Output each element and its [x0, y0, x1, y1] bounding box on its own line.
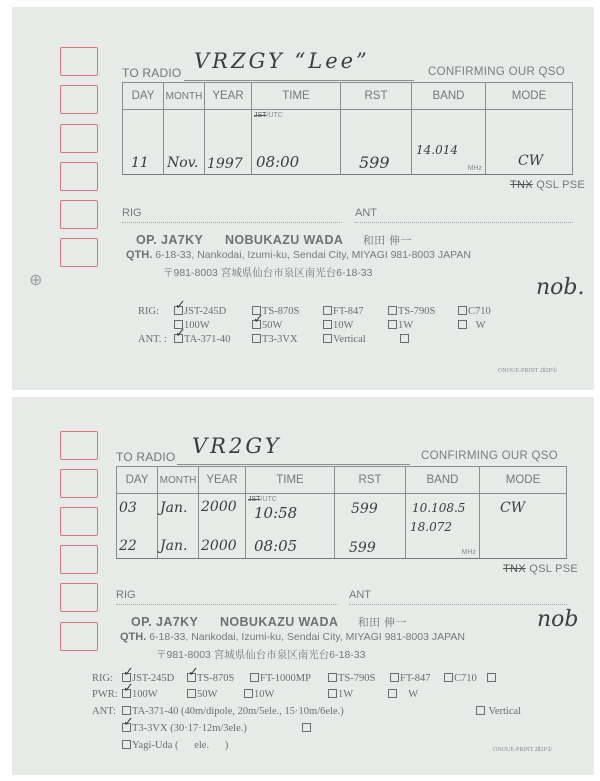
tnx-label: TNX [503, 563, 526, 575]
stamp-box [60, 200, 98, 229]
operator-line: OP. JA7KY NOBUKAZU WADA 和田 伸一 [131, 614, 407, 630]
to-radio-label: TO RADIO [116, 450, 175, 464]
ant-field-line [355, 222, 573, 223]
col-day: DAY [117, 467, 158, 494]
power-option: 1W [388, 320, 413, 331]
op-prefix: OP. [131, 615, 152, 629]
rig-checklist-label: RIG: [138, 306, 159, 317]
qsl-request: TNX QSL PSE [503, 563, 578, 575]
printer-mark: ONOUE-PRINT 2Ⅱ2P① [493, 746, 552, 753]
checkbox [122, 706, 131, 715]
checkbox [250, 673, 259, 682]
stamp-box [60, 583, 98, 612]
confirming-label: CONFIRMING OUR QSO [421, 450, 558, 462]
checkbox [388, 306, 397, 315]
mhz-unit: MHz [468, 165, 482, 172]
qth-address-jp: 〒981-8003 宮城県仙台市泉区南光台6-18-33 [156, 647, 365, 662]
year-value: 1997 [207, 156, 243, 172]
ant-option [400, 334, 410, 345]
power-option: 50W [187, 689, 217, 700]
time-zone-note: JST/UTC [254, 112, 283, 119]
rig-option: C710 [444, 673, 477, 684]
col-time: TIME [252, 83, 341, 110]
table-row: 11 Nov. 1997 JST/UTC 08:00 599 14.014 MH… [123, 110, 573, 174]
rst-value: 599 [359, 153, 390, 172]
printer-mark: ONOUE-PRINT 2Ⅱ2P① [498, 367, 557, 374]
qth-address-jp: 〒981-8003 宮城県仙台市泉区南光台6-18-33 [163, 265, 372, 280]
checkbox [458, 306, 467, 315]
to-radio-callsign: VRZGY “Lee” [194, 49, 370, 73]
checkbox-checked [174, 306, 183, 315]
qth-address: 6-18-33, Nankodai, Izumi-ku, Sendai City… [155, 249, 471, 261]
mode-value: CW [518, 153, 543, 169]
confirming-label: CONFIRMING OUR QSO [428, 66, 565, 78]
ant-field-label: ANT [355, 207, 377, 219]
time-zone-note: JST/UTC [248, 496, 277, 503]
col-time: TIME [246, 467, 335, 494]
checkbox-checked [122, 689, 131, 698]
ant-field-label: ANT [349, 589, 371, 601]
ant-option: Yagi-Uda ( ele. ) [122, 740, 228, 751]
checkbox-checked [187, 673, 196, 682]
stamp-box [60, 545, 98, 574]
time-value: 10:58 [254, 504, 297, 522]
month-value: Jan. [160, 538, 187, 554]
band-value: 18.072 [410, 520, 452, 534]
rig-field-line [116, 604, 338, 605]
ant-option: T3-3VX (30·17·12m/3ele.) [122, 723, 247, 734]
rig-checklist-label: RIG: [92, 673, 113, 684]
month-value: Jan. [160, 500, 187, 516]
ant-option [302, 723, 312, 734]
stamp-box [60, 124, 98, 153]
signature: nob. [536, 275, 585, 300]
time-value: 08:00 [256, 153, 299, 171]
time-value: 08:05 [254, 537, 297, 555]
rig-option: FT-847 [390, 673, 431, 684]
ant-option: Vertical [323, 334, 366, 345]
stamp-box [60, 162, 98, 191]
mhz-unit: MHz [462, 549, 476, 556]
qth-label: QTH. [120, 631, 146, 643]
qth-line: QTH. 6-18-33, Nankodai, Izumi-ku, Sendai… [126, 249, 471, 261]
tnx-label: TNX [510, 179, 533, 191]
stamp-box [60, 469, 98, 498]
checkbox [400, 334, 409, 343]
qth-label: QTH. [126, 249, 152, 261]
rig-option: FT-1000MP [250, 673, 311, 684]
checkbox [388, 689, 397, 698]
checkbox [323, 320, 332, 329]
col-month: MONTH [158, 467, 199, 494]
power-option: W [458, 320, 486, 331]
checkbox [328, 689, 337, 698]
checkbox [458, 320, 467, 329]
ant-field-line [349, 604, 567, 605]
checkbox [122, 740, 131, 749]
ant-option: T3-3VX [252, 334, 298, 345]
op-name: NOBUKAZU WADA [225, 233, 343, 247]
ant-checklist-label: ANT: [92, 706, 116, 717]
checkbox [244, 689, 253, 698]
rig-field-label: RIG [122, 207, 142, 219]
day-value: 22 [119, 538, 137, 554]
rst-value: 599 [349, 540, 376, 556]
checkbox [328, 673, 337, 682]
band-value: 10.108.5 [412, 501, 465, 515]
col-mode: MODE [480, 467, 567, 494]
checkbox [302, 723, 311, 732]
operator-line: OP. JA7KY NOBUKAZU WADA 和田 伸一 [136, 232, 412, 248]
stamp-box [60, 47, 98, 76]
rig-option: JST-245D [174, 306, 226, 317]
checkbox-checked [122, 723, 131, 732]
ant-option: Vertical [476, 706, 521, 717]
qso-table: DAY MONTH YEAR TIME RST BAND MODE 11 Nov… [122, 82, 573, 175]
to-radio-label: TO RADIO [122, 66, 181, 80]
col-year: YEAR [205, 83, 252, 110]
col-band: BAND [406, 467, 480, 494]
rig-option [487, 673, 497, 684]
qth-line: QTH. 6-18-33, Nankodai, Izumi-ku, Sendai… [120, 631, 465, 643]
ant-checklist-label: ANT. : [138, 334, 167, 345]
rig-option: C710 [458, 306, 491, 317]
checkbox [388, 320, 397, 329]
col-rst: RST [335, 467, 406, 494]
power-option: 10W [244, 689, 274, 700]
qsl-request: TNX QSL PSE [510, 179, 585, 191]
checkbox [444, 673, 453, 682]
power-option: 100W [122, 689, 158, 700]
checkbox [187, 689, 196, 698]
rig-option: FT-847 [323, 306, 364, 317]
signature: nob [537, 607, 579, 632]
pencil-mark-icon: ⊕ [29, 270, 42, 290]
power-option: 1W [328, 689, 353, 700]
month-value: Nov. [167, 155, 198, 171]
rig-option: TS-790S [328, 673, 375, 684]
op-prefix: OP. [136, 233, 157, 247]
stamp-box [60, 85, 98, 114]
op-name-jp: 和田 伸一 [363, 235, 412, 247]
checkbox-checked [252, 320, 261, 329]
ant-option: TA-371-40 [174, 334, 230, 345]
col-band: BAND [412, 83, 486, 110]
qsl-card-1997: ⊕ TO RADIO VRZGY “Lee” CONFIRMING OUR QS… [12, 7, 594, 390]
rig-field-label: RIG [116, 589, 136, 601]
stamp-box [60, 431, 98, 460]
checkbox-checked [174, 334, 183, 343]
checkbox [390, 673, 399, 682]
mode-value: CW [500, 500, 525, 516]
op-callsign: JA7KY [161, 233, 203, 247]
col-mode: MODE [486, 83, 573, 110]
op-callsign: JA7KY [156, 615, 198, 629]
col-day: DAY [123, 83, 164, 110]
day-value: 11 [131, 155, 149, 171]
day-value: 03 [119, 500, 137, 516]
ant-option: TA-371-40 (40m/dipole, 20m/5ele., 15·10m… [122, 706, 344, 717]
power-option: 50W [252, 320, 282, 331]
checkbox [476, 706, 485, 715]
stamp-box [60, 238, 98, 267]
rig-field-line [122, 222, 342, 223]
to-radio-underline [184, 80, 414, 81]
qsl-card-2000: TO RADIO VR2GY CONFIRMING OUR QSO DAY MO… [12, 397, 594, 775]
to-radio-underline [177, 464, 410, 465]
rst-value: 599 [351, 501, 378, 517]
year-value: 2000 [201, 499, 237, 515]
col-year: YEAR [199, 467, 246, 494]
checkbox [487, 673, 496, 682]
stamp-box [60, 507, 98, 536]
pwr-checklist-label: PWR: [92, 689, 118, 700]
band-value: 14.014 [416, 143, 458, 157]
power-option: W [388, 689, 418, 700]
table-row: 03 22 Jan. Jan. 2000 2000 JST/UTC 10:58 … [117, 494, 567, 558]
checkbox [323, 334, 332, 343]
rig-option: TS-870S [187, 673, 234, 684]
year-value: 2000 [201, 538, 237, 554]
checkbox [323, 306, 332, 315]
power-option: 10W [323, 320, 353, 331]
qso-table: DAY MONTH YEAR TIME RST BAND MODE 03 22 … [116, 466, 567, 559]
qsl-pse-label: QSL PSE [536, 179, 585, 191]
qth-address: 6-18-33, Nankodai, Izumi-ku, Sendai City… [149, 631, 465, 643]
col-month: MONTH [164, 83, 205, 110]
rig-option: TS-790S [388, 306, 435, 317]
to-radio-callsign: VR2GY [192, 434, 282, 458]
checkbox [252, 334, 261, 343]
op-name-jp: 和田 伸一 [358, 617, 407, 629]
qsl-pse-label: QSL PSE [529, 563, 578, 575]
col-rst: RST [341, 83, 412, 110]
op-name: NOBUKAZU WADA [220, 615, 338, 629]
stamp-box [60, 622, 98, 651]
